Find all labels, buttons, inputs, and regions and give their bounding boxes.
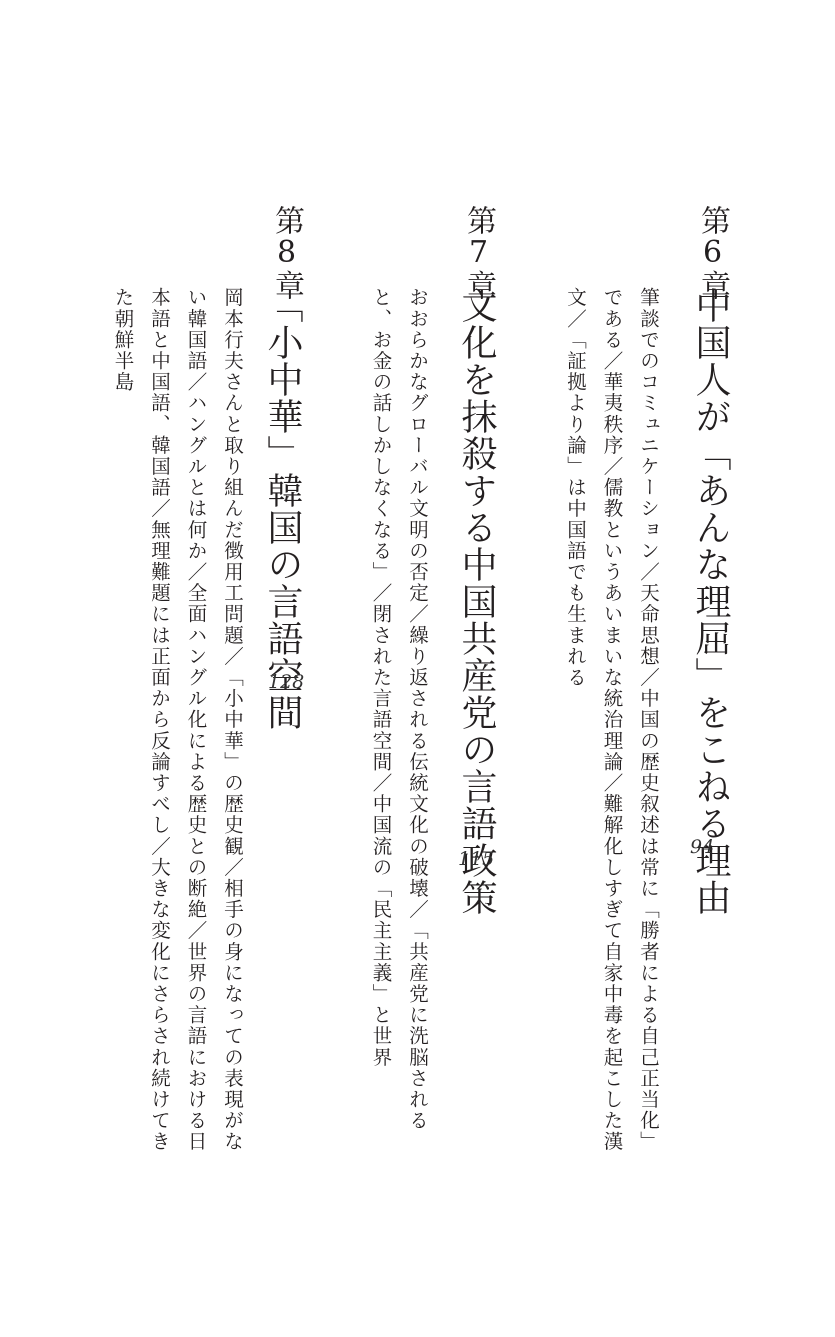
chapter-title: 中国人が「あんな理屈」をこねる理由 [690,287,730,916]
chapter-page-number: 94 [690,836,714,858]
chapter-description: おおらかなグローバル文明の否定／繰り返される伝統文化の破壊／「共産党に洗脳される… [360,287,435,1167]
chapter-description: 岡本行夫さんと取り組んだ徴用工問題／「小中華」の歴史観／相手の身になっての表現が… [104,287,250,1167]
chapter-page-number: 115 [458,848,494,870]
chapter-title: 文化を抹殺する中国共産党の言語政策 [456,287,496,916]
chapter-description-text: 筆談でのコミュニケーション／天命思想／中国の歴史叙述は常に「勝者による自己正当化… [557,287,667,1167]
chapter-page-number: 128 [268,671,304,693]
chapter-description-text: おおらかなグローバル文明の否定／繰り返される伝統文化の破壊／「共産党に洗脳される… [362,287,435,1167]
chapter-label: 第7章 [460,205,496,300]
chapter-description: 筆談でのコミュニケーション／天命思想／中国の歴史叙述は常に「勝者による自己正当化… [556,287,666,1167]
chapter-title: 「小中華」韓国の言語空間 [262,287,302,731]
chapter-label: 第8章 [268,205,304,300]
chapter-description-text: 岡本行夫さんと取り組んだ徴用工問題／「小中華」の歴史観／相手の身になっての表現が… [104,287,250,1167]
chapter-label: 第6章 [694,205,730,300]
